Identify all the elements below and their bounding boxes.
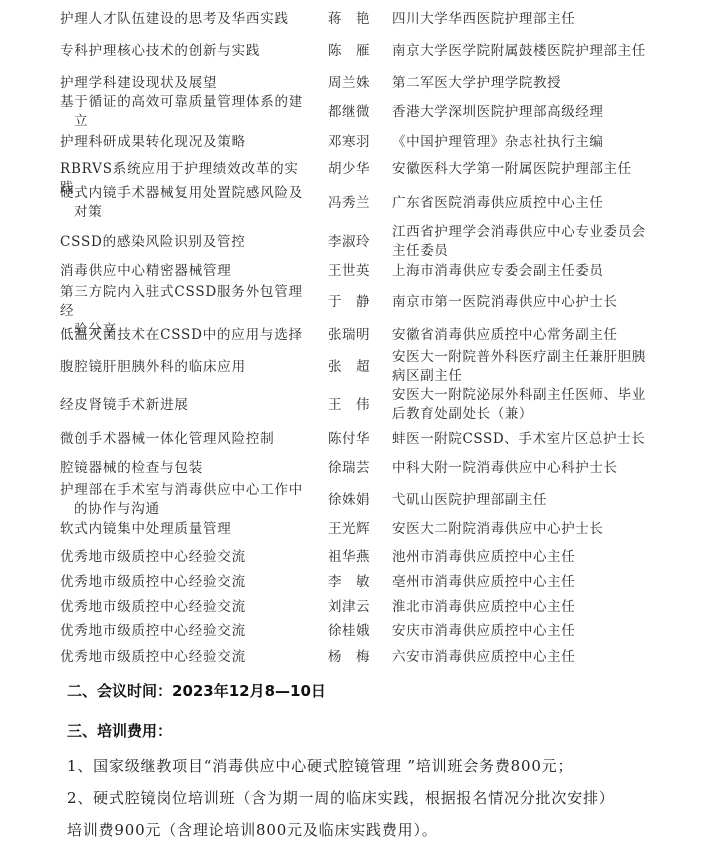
schedule-row: CSSD的感染风险识别及管控李淑玲江西省护理学会消毒供应中心专业委员会主任委员 [0, 223, 713, 261]
speaker-title-cell: 亳州市消毒供应质控中心主任 [392, 573, 662, 592]
schedule-row: 护理科研成果转化现况及策略邓寒羽《中国护理管理》杂志社执行主编 [0, 133, 713, 152]
schedule-row: 微创手术器械一体化管理风险控制陈付华蚌医一附院CSSD、手术室片区总护士长 [0, 430, 713, 449]
speaker-title-text: 南京市第一医院消毒供应中心护士长 [392, 293, 662, 312]
speaker-title-text: 弋矶山医院护理部副主任 [392, 491, 662, 510]
topic-cell: 经皮肾镜手术新进展 [60, 396, 310, 415]
fee-line-3: 培训费900元（含理论培训800元及临床实践费用）。 [67, 819, 438, 840]
speaker-cell: 杨 梅 [328, 648, 388, 667]
topic-cell: 优秀地市级质控中心经验交流 [60, 573, 310, 592]
topic-text: 优秀地市级质控中心经验交流 [60, 622, 310, 641]
topic-text: 微创手术器械一体化管理风险控制 [60, 430, 310, 449]
schedule-row: 护理学科建设现状及展望周兰姝第二军医大学护理学院教授 [0, 74, 713, 93]
speaker-title-cell: 中科大附一院消毒供应中心科护士长 [392, 459, 662, 478]
topic-text: 专科护理核心技术的创新与实践 [60, 42, 310, 61]
schedule-row: 第三方院内入驻式CSSD服务外包管理经验分享于 静南京市第一医院消毒供应中心护士… [0, 283, 713, 321]
topic-text: 护理部在手术室与消毒供应中心工作中 [60, 481, 310, 500]
schedule-row: 软式内镜集中处理质量管理王光辉安医大二附院消毒供应中心护士长 [0, 520, 713, 539]
schedule-row: 经皮肾镜手术新进展王 伟安医大一附院泌尿外科副主任医师、毕业后教育处副处长（兼） [0, 386, 713, 424]
fee-line-2: 2、硬式腔镜岗位培训班（含为期一周的临床实践，根据报名情况分批次安排） [67, 787, 615, 808]
topic-text: 的协作与沟通 [60, 500, 310, 519]
speaker-cell: 张 超 [328, 358, 388, 377]
fee-line-1: 1、国家级继教项目“消毒供应中心硬式腔镜管理 ”培训班会务费800元； [67, 755, 573, 776]
topic-text: 软式内镜集中处理质量管理 [60, 520, 310, 539]
speaker-title-cell: 安庆市消毒供应质控中心主任 [392, 622, 662, 641]
speaker-title-text: 后教育处副处长（兼） [392, 405, 662, 424]
speaker-title-cell: 安医大一附院泌尿外科副主任医师、毕业后教育处副处长（兼） [392, 386, 662, 424]
speaker-title-cell: 四川大学华西医院护理部主任 [392, 10, 662, 29]
topic-text: 消毒供应中心精密器械管理 [60, 262, 310, 281]
speaker-cell: 王 伟 [328, 396, 388, 415]
speaker-title-text: 安医大二附院消毒供应中心护士长 [392, 520, 662, 539]
speaker-title-cell: 第二军医大学护理学院教授 [392, 74, 662, 93]
schedule-row: 消毒供应中心精密器械管理王世英上海市消毒供应专委会副主任委员 [0, 262, 713, 281]
speaker-cell: 陈 雁 [328, 42, 388, 61]
topic-text: 对策 [60, 203, 310, 222]
topic-text: 基于循证的高效可靠质量管理体系的建 [60, 93, 310, 112]
speaker-cell: 胡少华 [328, 160, 388, 179]
topic-text: 硬式内镜手术器械复用处置院感风险及 [60, 184, 310, 203]
meeting-time-heading: 二、会议时间：2023年12月8—10日 [67, 680, 326, 701]
speaker-title-cell: 蚌医一附院CSSD、手术室片区总护士长 [392, 430, 662, 449]
speaker-title-cell: 淮北市消毒供应质控中心主任 [392, 598, 662, 617]
speaker-title-text: 蚌医一附院CSSD、手术室片区总护士长 [392, 430, 662, 449]
topic-cell: 微创手术器械一体化管理风险控制 [60, 430, 310, 449]
topic-text: 立 [60, 112, 310, 131]
topic-text: 优秀地市级质控中心经验交流 [60, 648, 310, 667]
schedule-row: 优秀地市级质控中心经验交流徐桂娥安庆市消毒供应质控中心主任 [0, 622, 713, 641]
speaker-title-text: 《中国护理管理》杂志社执行主编 [392, 133, 662, 152]
topic-text: 第三方院内入驻式CSSD服务外包管理经 [60, 283, 310, 321]
speaker-title-text: 安徽省消毒供应质控中心常务副主任 [392, 326, 662, 345]
speaker-cell: 徐桂娥 [328, 622, 388, 641]
topic-cell: 护理科研成果转化现况及策略 [60, 133, 310, 152]
speaker-title-cell: 香港大学深圳医院护理部高级经理 [392, 103, 662, 122]
topic-cell: 消毒供应中心精密器械管理 [60, 262, 310, 281]
topic-cell: 腹腔镜肝胆胰外科的临床应用 [60, 358, 310, 377]
topic-text: 优秀地市级质控中心经验交流 [60, 598, 310, 617]
schedule-row: 优秀地市级质控中心经验交流李 敏亳州市消毒供应质控中心主任 [0, 573, 713, 592]
schedule-row: 基于循证的高效可靠质量管理体系的建立都继微香港大学深圳医院护理部高级经理 [0, 93, 713, 131]
topic-text: 低温灭菌技术在CSSD中的应用与选择 [60, 326, 310, 345]
speaker-title-text: 安医大一附院普外科医疗副主任兼肝胆胰 [392, 348, 662, 367]
topic-text: 优秀地市级质控中心经验交流 [60, 573, 310, 592]
speaker-title-cell: 南京大学医学院附属鼓楼医院护理部主任 [392, 42, 662, 61]
speaker-cell: 陈付华 [328, 430, 388, 449]
speaker-title-text: 淮北市消毒供应质控中心主任 [392, 598, 662, 617]
topic-text: 腔镜器械的检查与包装 [60, 459, 310, 478]
topic-cell: 护理学科建设现状及展望 [60, 74, 310, 93]
speaker-cell: 祖华燕 [328, 548, 388, 567]
speaker-cell: 张瑞明 [328, 326, 388, 345]
speaker-title-text: 六安市消毒供应质控中心主任 [392, 648, 662, 667]
schedule-row: 护理人才队伍建设的思考及华西实践蒋 艳四川大学华西医院护理部主任 [0, 10, 713, 29]
topic-text: 经皮肾镜手术新进展 [60, 396, 310, 415]
topic-cell: 基于循证的高效可靠质量管理体系的建立 [60, 93, 310, 131]
speaker-title-text: 上海市消毒供应专委会副主任委员 [392, 262, 662, 281]
topic-cell: 优秀地市级质控中心经验交流 [60, 648, 310, 667]
speaker-cell: 王光辉 [328, 520, 388, 539]
speaker-cell: 李 敏 [328, 573, 388, 592]
speaker-title-cell: 南京市第一医院消毒供应中心护士长 [392, 293, 662, 312]
speaker-title-cell: 弋矶山医院护理部副主任 [392, 491, 662, 510]
topic-text: 护理学科建设现状及展望 [60, 74, 310, 93]
topic-text: 腹腔镜肝胆胰外科的临床应用 [60, 358, 310, 377]
speaker-title-cell: 江西省护理学会消毒供应中心专业委员会主任委员 [392, 223, 662, 261]
schedule-row: 低温灭菌技术在CSSD中的应用与选择张瑞明安徽省消毒供应质控中心常务副主任 [0, 326, 713, 345]
topic-text: CSSD的感染风险识别及管控 [60, 233, 310, 252]
speaker-title-text: 亳州市消毒供应质控中心主任 [392, 573, 662, 592]
topic-cell: 护理部在手术室与消毒供应中心工作中的协作与沟通 [60, 481, 310, 519]
schedule-row: 腹腔镜肝胆胰外科的临床应用张 超安医大一附院普外科医疗副主任兼肝胆胰病区副主任 [0, 348, 713, 386]
speaker-cell: 于 静 [328, 293, 388, 312]
speaker-cell: 刘津云 [328, 598, 388, 617]
topic-text: 优秀地市级质控中心经验交流 [60, 548, 310, 567]
speaker-title-cell: 《中国护理管理》杂志社执行主编 [392, 133, 662, 152]
topic-cell: 优秀地市级质控中心经验交流 [60, 548, 310, 567]
speaker-title-text: 病区副主任 [392, 367, 662, 386]
speaker-title-cell: 广东省医院消毒供应质控中心主任 [392, 194, 662, 213]
speaker-title-text: 池州市消毒供应质控中心主任 [392, 548, 662, 567]
speaker-title-text: 四川大学华西医院护理部主任 [392, 10, 662, 29]
schedule-row: RBRVS系统应用于护理绩效改革的实践胡少华安徽医科大学第一附属医院护理部主任 [0, 160, 713, 179]
speaker-title-cell: 上海市消毒供应专委会副主任委员 [392, 262, 662, 281]
speaker-title-text: 安医大一附院泌尿外科副主任医师、毕业 [392, 386, 662, 405]
topic-cell: 硬式内镜手术器械复用处置院感风险及对策 [60, 184, 310, 222]
speaker-title-cell: 六安市消毒供应质控中心主任 [392, 648, 662, 667]
topic-text: 护理人才队伍建设的思考及华西实践 [60, 10, 310, 29]
speaker-title-cell: 安医大一附院普外科医疗副主任兼肝胆胰病区副主任 [392, 348, 662, 386]
schedule-row: 专科护理核心技术的创新与实践陈 雁南京大学医学院附属鼓楼医院护理部主任 [0, 42, 713, 61]
speaker-cell: 蒋 艳 [328, 10, 388, 29]
topic-cell: 低温灭菌技术在CSSD中的应用与选择 [60, 326, 310, 345]
topic-cell: CSSD的感染风险识别及管控 [60, 233, 310, 252]
speaker-title-text: 中科大附一院消毒供应中心科护士长 [392, 459, 662, 478]
speaker-cell: 李淑玲 [328, 233, 388, 252]
speaker-cell: 王世英 [328, 262, 388, 281]
speaker-title-cell: 安医大二附院消毒供应中心护士长 [392, 520, 662, 539]
speaker-title-text: 安庆市消毒供应质控中心主任 [392, 622, 662, 641]
speaker-title-text: 广东省医院消毒供应质控中心主任 [392, 194, 662, 213]
schedule-row: 腔镜器械的检查与包装徐瑞芸中科大附一院消毒供应中心科护士长 [0, 459, 713, 478]
speaker-cell: 冯秀兰 [328, 194, 388, 213]
schedule-row: 护理部在手术室与消毒供应中心工作中的协作与沟通徐姝娟弋矶山医院护理部副主任 [0, 481, 713, 519]
schedule-row: 优秀地市级质控中心经验交流杨 梅六安市消毒供应质控中心主任 [0, 648, 713, 667]
speaker-title-text: 安徽医科大学第一附属医院护理部主任 [392, 160, 662, 179]
schedule-row: 优秀地市级质控中心经验交流刘津云淮北市消毒供应质控中心主任 [0, 598, 713, 617]
topic-cell: 优秀地市级质控中心经验交流 [60, 598, 310, 617]
speaker-title-text: 主任委员 [392, 242, 662, 261]
speaker-title-text: 香港大学深圳医院护理部高级经理 [392, 103, 662, 122]
topic-cell: 专科护理核心技术的创新与实践 [60, 42, 310, 61]
topic-text: 护理科研成果转化现况及策略 [60, 133, 310, 152]
speaker-cell: 周兰姝 [328, 74, 388, 93]
fees-heading: 三、培训费用： [67, 720, 172, 741]
speaker-title-cell: 池州市消毒供应质控中心主任 [392, 548, 662, 567]
schedule-row: 优秀地市级质控中心经验交流祖华燕池州市消毒供应质控中心主任 [0, 548, 713, 567]
speaker-cell: 徐瑞芸 [328, 459, 388, 478]
topic-cell: 腔镜器械的检查与包装 [60, 459, 310, 478]
speaker-cell: 都继微 [328, 103, 388, 122]
speaker-cell: 邓寒羽 [328, 133, 388, 152]
speaker-title-cell: 安徽医科大学第一附属医院护理部主任 [392, 160, 662, 179]
speaker-title-text: 南京大学医学院附属鼓楼医院护理部主任 [392, 42, 662, 61]
speaker-cell: 徐姝娟 [328, 491, 388, 510]
speaker-title-cell: 安徽省消毒供应质控中心常务副主任 [392, 326, 662, 345]
topic-cell: 优秀地市级质控中心经验交流 [60, 622, 310, 641]
topic-cell: 护理人才队伍建设的思考及华西实践 [60, 10, 310, 29]
speaker-title-text: 第二军医大学护理学院教授 [392, 74, 662, 93]
topic-cell: 软式内镜集中处理质量管理 [60, 520, 310, 539]
schedule-row: 硬式内镜手术器械复用处置院感风险及对策冯秀兰广东省医院消毒供应质控中心主任 [0, 184, 713, 222]
speaker-title-text: 江西省护理学会消毒供应中心专业委员会 [392, 223, 662, 242]
